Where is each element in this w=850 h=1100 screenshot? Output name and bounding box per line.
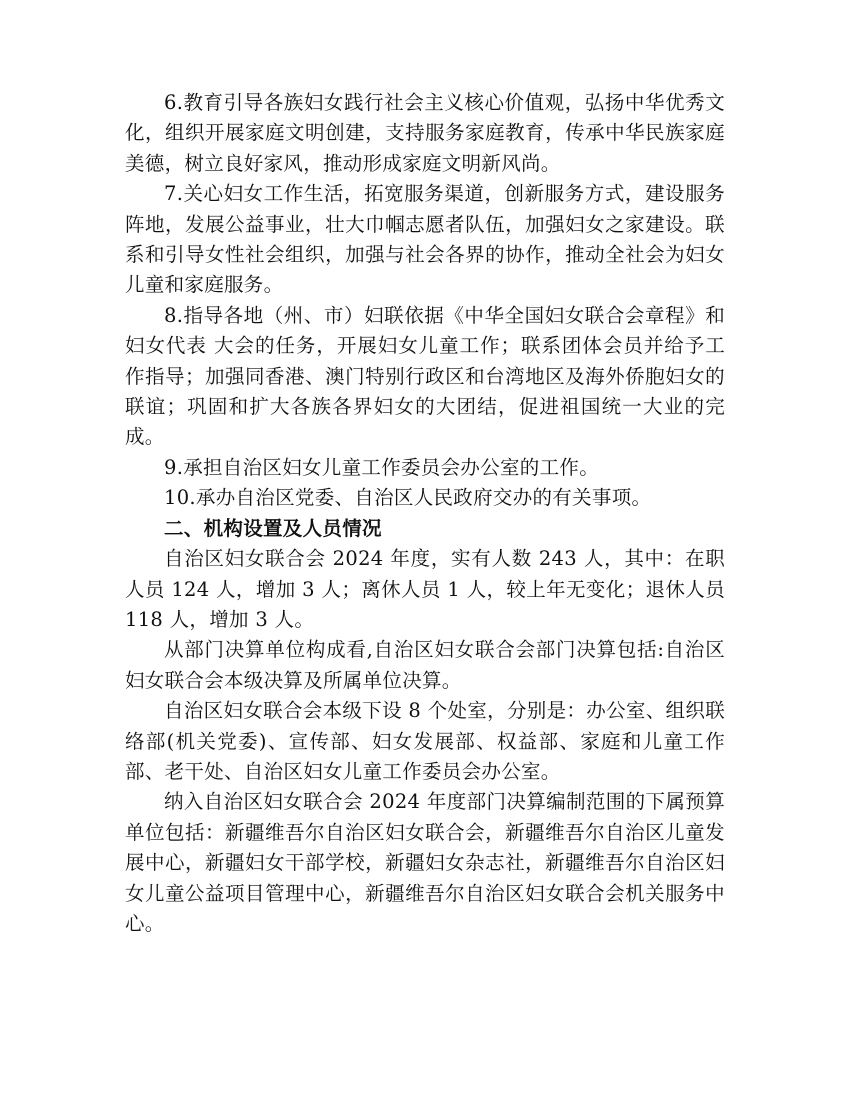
section-heading: 二、机构设置及人员情况: [125, 514, 725, 544]
paragraph-duty-8: 8.指导各地（州、市）妇联依据《中华全国妇女联合会章程》和妇女代表 大会的任务，…: [125, 301, 725, 453]
paragraph-staff-count: 自治区妇女联合会 2024 年度，实有人数 243 人，其中：在职人员 124 …: [125, 544, 725, 635]
paragraph-unit-composition: 从部门决算单位构成看,自治区妇女联合会部门决算包括:自治区妇女联合会本级决算及所…: [125, 635, 725, 696]
paragraph-duty-6: 6.教育引导各族妇女践行社会主义核心价值观，弘扬中华优秀文化，组织开展家庭文明创…: [125, 88, 725, 179]
paragraph-departments: 自治区妇女联合会本级下设 8 个处室，分别是：办公室、组织联络部(机关党委)、宣…: [125, 696, 725, 787]
paragraph-duty-10: 10.承办自治区党委、自治区人民政府交办的有关事项。: [125, 483, 725, 513]
paragraph-subordinate-units: 纳入自治区妇女联合会 2024 年度部门决算编制范围的下属预算单位包括：新疆维吾…: [125, 787, 725, 939]
document-page: 6.教育引导各族妇女践行社会主义核心价值观，弘扬中华优秀文化，组织开展家庭文明创…: [125, 88, 725, 939]
paragraph-duty-7: 7.关心妇女工作生活，拓宽服务渠道，创新服务方式，建设服务阵地，发展公益事业，壮…: [125, 179, 725, 301]
paragraph-duty-9: 9.承担自治区妇女儿童工作委员会办公室的工作。: [125, 453, 725, 483]
